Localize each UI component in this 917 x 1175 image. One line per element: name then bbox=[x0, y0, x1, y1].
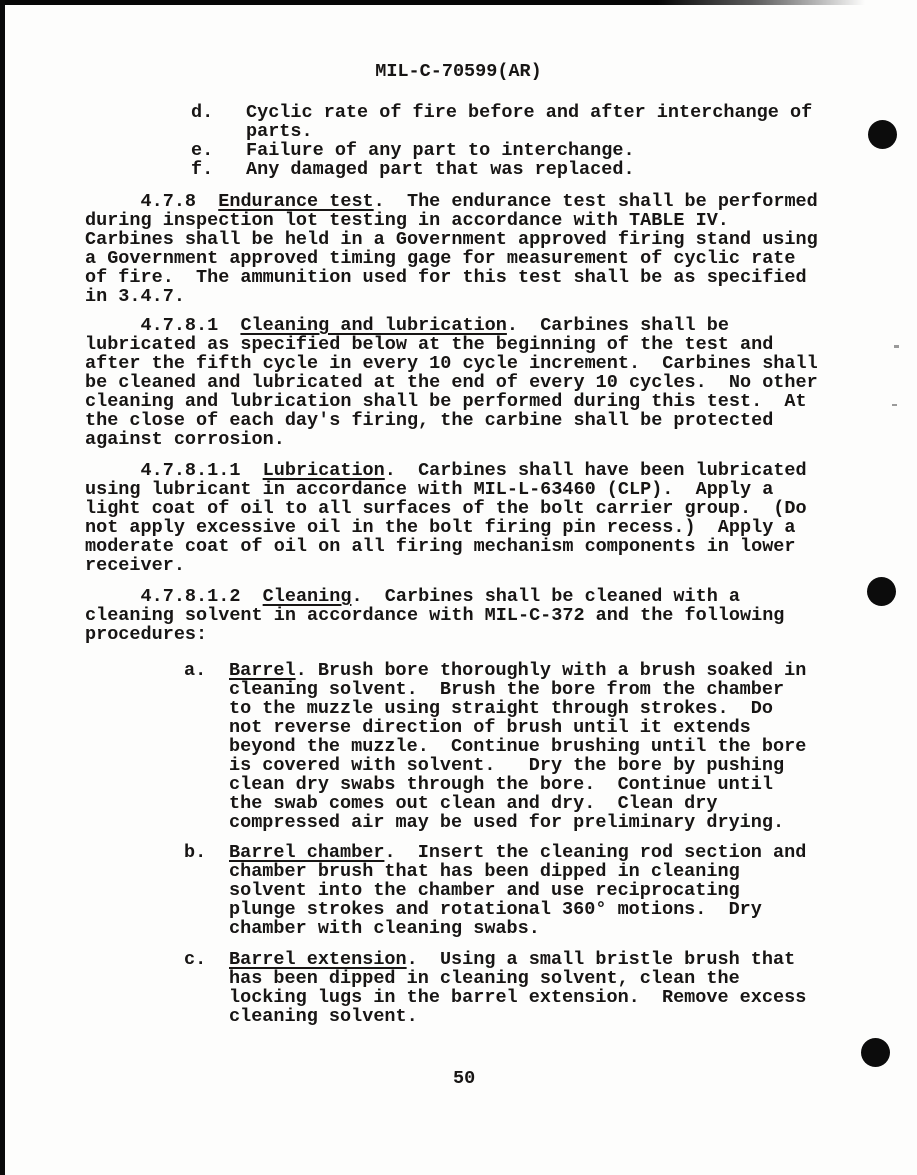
section-number: 4.7.8.1.2 bbox=[85, 586, 263, 607]
list-item-label: a. bbox=[184, 661, 229, 832]
section-cleaning-and-lubrication: 4.7.8.1 Cleaning and lubrication. Carbin… bbox=[85, 316, 890, 449]
procedure-title: Barrel bbox=[229, 660, 296, 681]
section-title: Endurance test bbox=[218, 191, 373, 212]
scan-edge-top bbox=[0, 0, 865, 5]
scan-edge-left bbox=[0, 0, 5, 1175]
procedure-title: Barrel chamber bbox=[229, 842, 384, 863]
list-item-text: Cyclic rate of fire before and after int… bbox=[246, 103, 812, 141]
procedure-title: Barrel extension bbox=[229, 949, 407, 970]
document-body: d. Cyclic rate of fire before and after … bbox=[85, 103, 890, 1026]
cleaning-procedures-list: a. Barrel. Brush bore thoroughly with a … bbox=[184, 661, 890, 1026]
page-number: 50 bbox=[453, 1069, 475, 1088]
list-item-text: Barrel chamber. Insert the cleaning rod … bbox=[229, 843, 806, 938]
interchange-list: d. Cyclic rate of fire before and after … bbox=[191, 103, 890, 179]
section-number: 4.7.8 bbox=[85, 191, 218, 212]
procedure-item-barrel-chamber: b. Barrel chamber. Insert the cleaning r… bbox=[184, 843, 890, 938]
list-item-text: Failure of any part to interchange. bbox=[246, 141, 635, 160]
section-endurance-test: 4.7.8 Endurance test. The endurance test… bbox=[85, 192, 890, 306]
procedure-item-barrel: a. Barrel. Brush bore thoroughly with a … bbox=[184, 661, 890, 832]
list-item-f: f. Any damaged part that was replaced. bbox=[191, 160, 890, 179]
list-item-label: b. bbox=[184, 843, 229, 938]
list-item-text: Barrel extension. Using a small bristle … bbox=[229, 950, 806, 1026]
procedure-item-barrel-extension: c. Barrel extension. Using a small brist… bbox=[184, 950, 890, 1026]
list-item-label: e. bbox=[191, 141, 246, 160]
list-item-text: Barrel. Brush bore thoroughly with a bru… bbox=[229, 661, 806, 832]
section-number: 4.7.8.1.1 bbox=[85, 460, 263, 481]
section-title: Lubrication bbox=[263, 460, 385, 481]
section-lubrication: 4.7.8.1.1 Lubrication. Carbines shall ha… bbox=[85, 461, 890, 575]
document-page: MIL-C-70599(AR) d. Cyclic rate of fire b… bbox=[0, 0, 917, 1175]
scan-speck bbox=[894, 345, 899, 348]
section-text: . Carbines shall be lubricated as specif… bbox=[85, 315, 818, 450]
list-item-d: d. Cyclic rate of fire before and after … bbox=[191, 103, 890, 141]
list-item-text: Any damaged part that was replaced. bbox=[246, 160, 635, 179]
section-title: Cleaning bbox=[263, 586, 352, 607]
section-cleaning: 4.7.8.1.2 Cleaning. Carbines shall be cl… bbox=[85, 587, 890, 644]
document-header: MIL-C-70599(AR) bbox=[0, 62, 917, 81]
section-title: Cleaning and lubrication bbox=[240, 315, 506, 336]
section-number: 4.7.8.1 bbox=[85, 315, 240, 336]
hole-punch-dot bbox=[861, 1038, 890, 1067]
list-item-label: f. bbox=[191, 160, 246, 179]
list-item-label: c. bbox=[184, 950, 229, 1026]
list-item-e: e. Failure of any part to interchange. bbox=[191, 141, 890, 160]
list-item-label: d. bbox=[191, 103, 246, 141]
procedure-text: . Brush bore thoroughly with a brush soa… bbox=[229, 660, 806, 833]
scan-speck bbox=[892, 404, 897, 406]
